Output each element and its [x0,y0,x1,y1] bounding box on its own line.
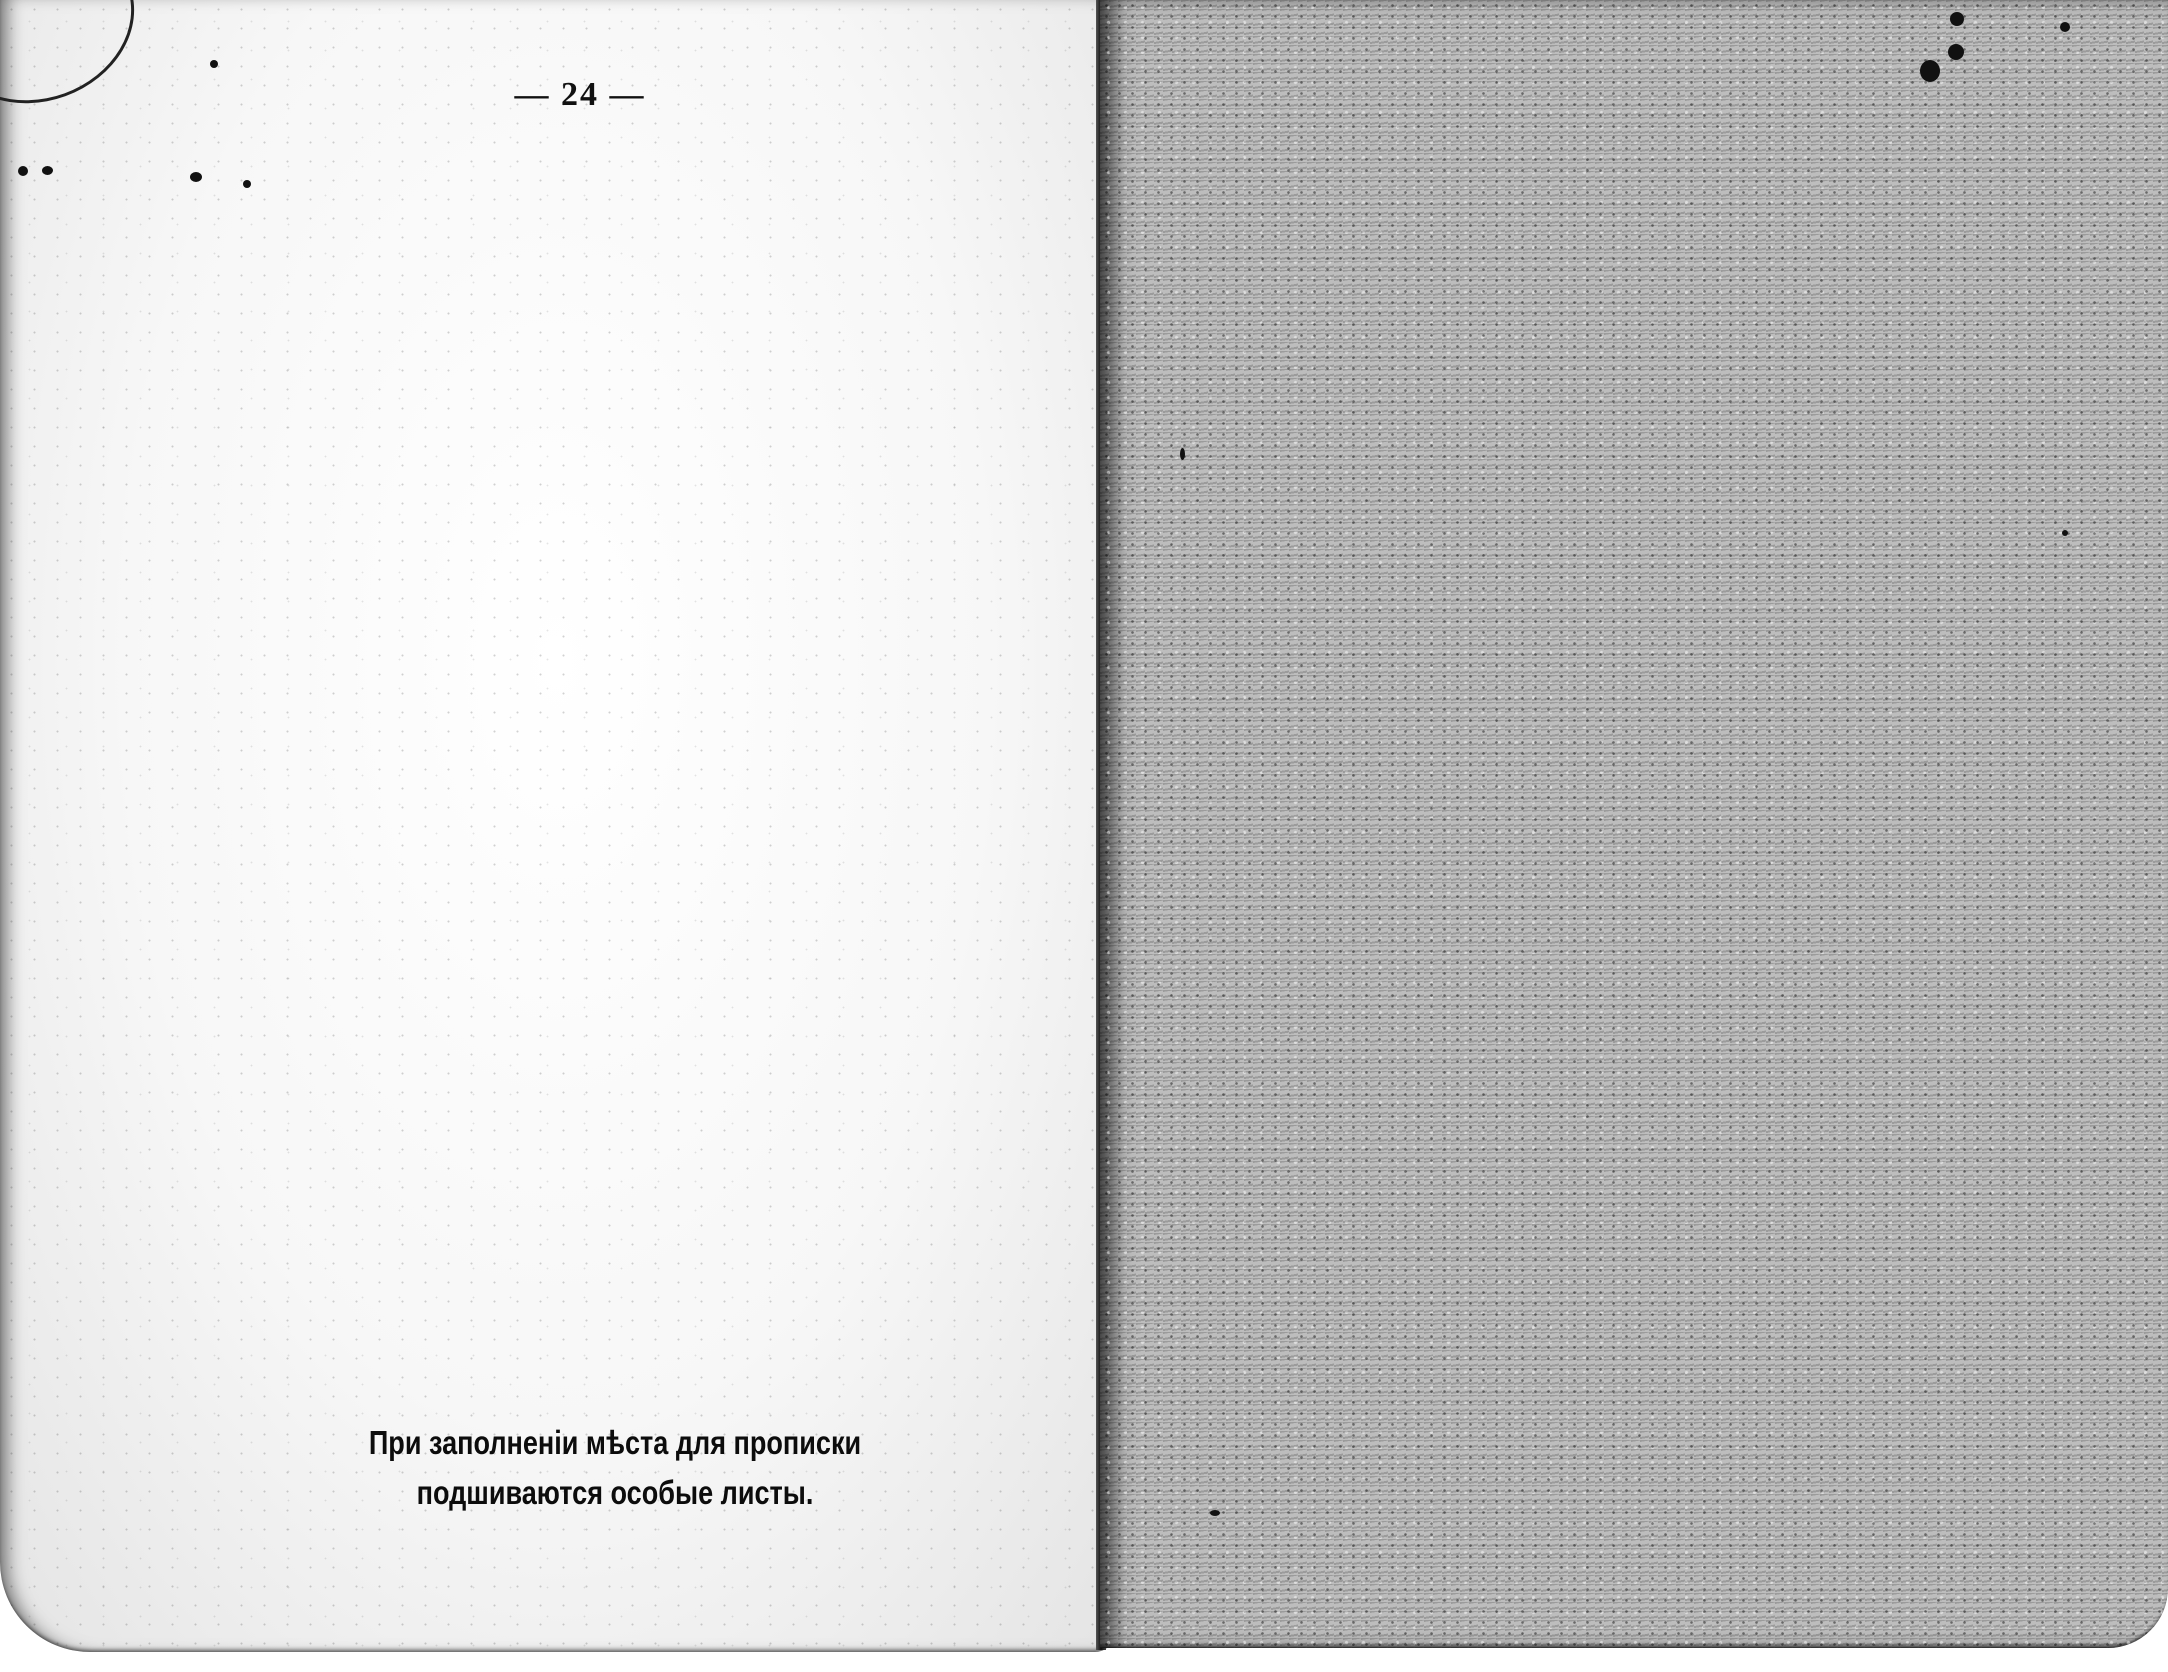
ink-spot [1950,12,1964,26]
ink-spot [2060,22,2070,32]
notice-line-1: При заполненіи мѣста для прописки [349,1418,882,1468]
left-page: — 24 — При заполненіи мѣста для прописки… [0,0,1115,1652]
ink-spot [190,172,202,182]
right-page [1100,0,2168,1648]
ink-spot [18,166,28,176]
page-number: — 24 — [500,76,660,114]
ink-spot [1920,60,1940,82]
ink-spot [1180,448,1185,460]
ink-spot [1210,1510,1220,1516]
ink-spot [210,60,218,68]
notice-text: При заполненіи мѣста для прописки подшив… [349,1418,882,1518]
ink-spot [1948,44,1964,60]
ink-spot [42,166,53,175]
notice-line-2: подшиваются особые листы. [349,1468,882,1518]
ink-spot [2062,530,2068,536]
ink-spot [243,180,251,188]
stamp-circle-mark [0,0,158,130]
